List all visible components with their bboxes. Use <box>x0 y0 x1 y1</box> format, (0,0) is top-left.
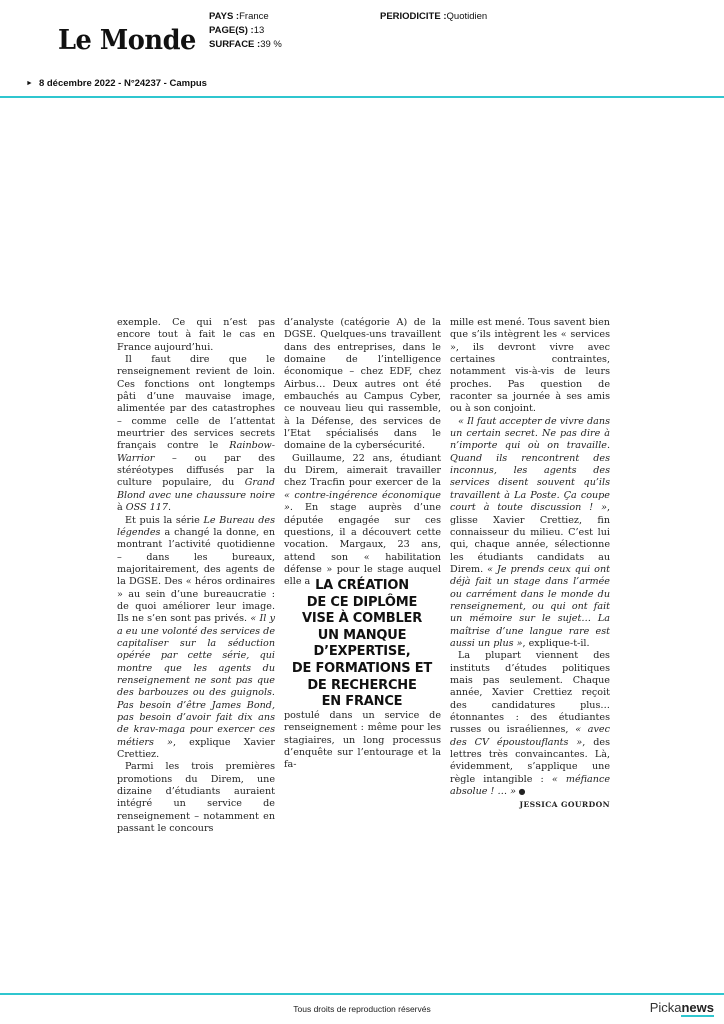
dateline-text: 8 décembre 2022 - N°24237 - Campus <box>39 78 207 89</box>
pull-quote-line: D’EXPERTISE, <box>286 644 438 661</box>
publication-meta: PAYS :France PAGE(S) :13 SURFACE :39 % <box>209 10 282 52</box>
dateline: ► 8 décembre 2022 - N°24237 - Campus <box>26 78 207 89</box>
copyright-notice: Tous droits de reproduction réservés <box>0 1004 724 1014</box>
article-column-2-continued: postulé dans un service de renseignement… <box>284 710 441 772</box>
pull-quote: LA CRÉATION DE CE DIPLÔME VISE À COMBLER… <box>286 578 438 711</box>
article-column-2: d’analyste (catégorie A) de la DGSE. Que… <box>284 317 441 589</box>
article-column-3: mille est mené. Tous savent bien que s’i… <box>450 317 610 812</box>
paragraph: Guillaume, 22 ans, étudiant du Direm, ai… <box>284 453 441 589</box>
paragraph: Il faut dire que le renseignement revien… <box>117 354 275 514</box>
paragraph: Parmi les trois premières promotions du … <box>117 761 275 835</box>
meta-pages: PAGE(S) :13 <box>209 24 282 38</box>
pull-quote-line: UN MANQUE <box>286 628 438 645</box>
pull-quote-line: EN FRANCE <box>286 694 438 711</box>
meta-country: PAYS :France <box>209 10 282 24</box>
pickanews-logo: Pickanews <box>650 1000 714 1015</box>
paragraph: La plupart viennent des instituts d’étud… <box>450 650 610 798</box>
header-divider <box>0 96 724 98</box>
pull-quote-line: VISE À COMBLER <box>286 611 438 628</box>
footer-divider <box>0 993 724 995</box>
paragraph: d’analyste (catégorie A) de la DGSE. Que… <box>284 317 441 453</box>
meta-surface: SURFACE :39 % <box>209 38 282 52</box>
paragraph: exemple. Ce qui n’est pas encore tout à … <box>117 317 275 354</box>
pull-quote-line: LA CRÉATION <box>286 578 438 595</box>
end-mark-icon: ● <box>516 787 526 796</box>
pull-quote-line: DE CE DIPLÔME <box>286 595 438 612</box>
author-signature: JESSICA GOURDON <box>450 799 610 811</box>
paragraph: mille est mené. Tous savent bien que s’i… <box>450 317 610 416</box>
paragraph: « Il faut accepter de vivre dans un cert… <box>450 416 610 651</box>
paragraph: Et puis la série Le Bureau des légendes … <box>117 515 275 762</box>
pull-quote-line: DE FORMATIONS ET <box>286 661 438 678</box>
pull-quote-line: DE RECHERCHE <box>286 678 438 695</box>
publication-frequency: PERIODICITE :Quotidien <box>380 10 487 24</box>
le-monde-logo: Le Monde <box>58 25 196 56</box>
meta-periodicity: PERIODICITE :Quotidien <box>380 10 487 24</box>
triangle-arrow-icon: ► <box>26 80 33 87</box>
paragraph: postulé dans un service de renseignement… <box>284 710 441 772</box>
article-column-1: exemple. Ce qui n’est pas encore tout à … <box>117 317 275 835</box>
